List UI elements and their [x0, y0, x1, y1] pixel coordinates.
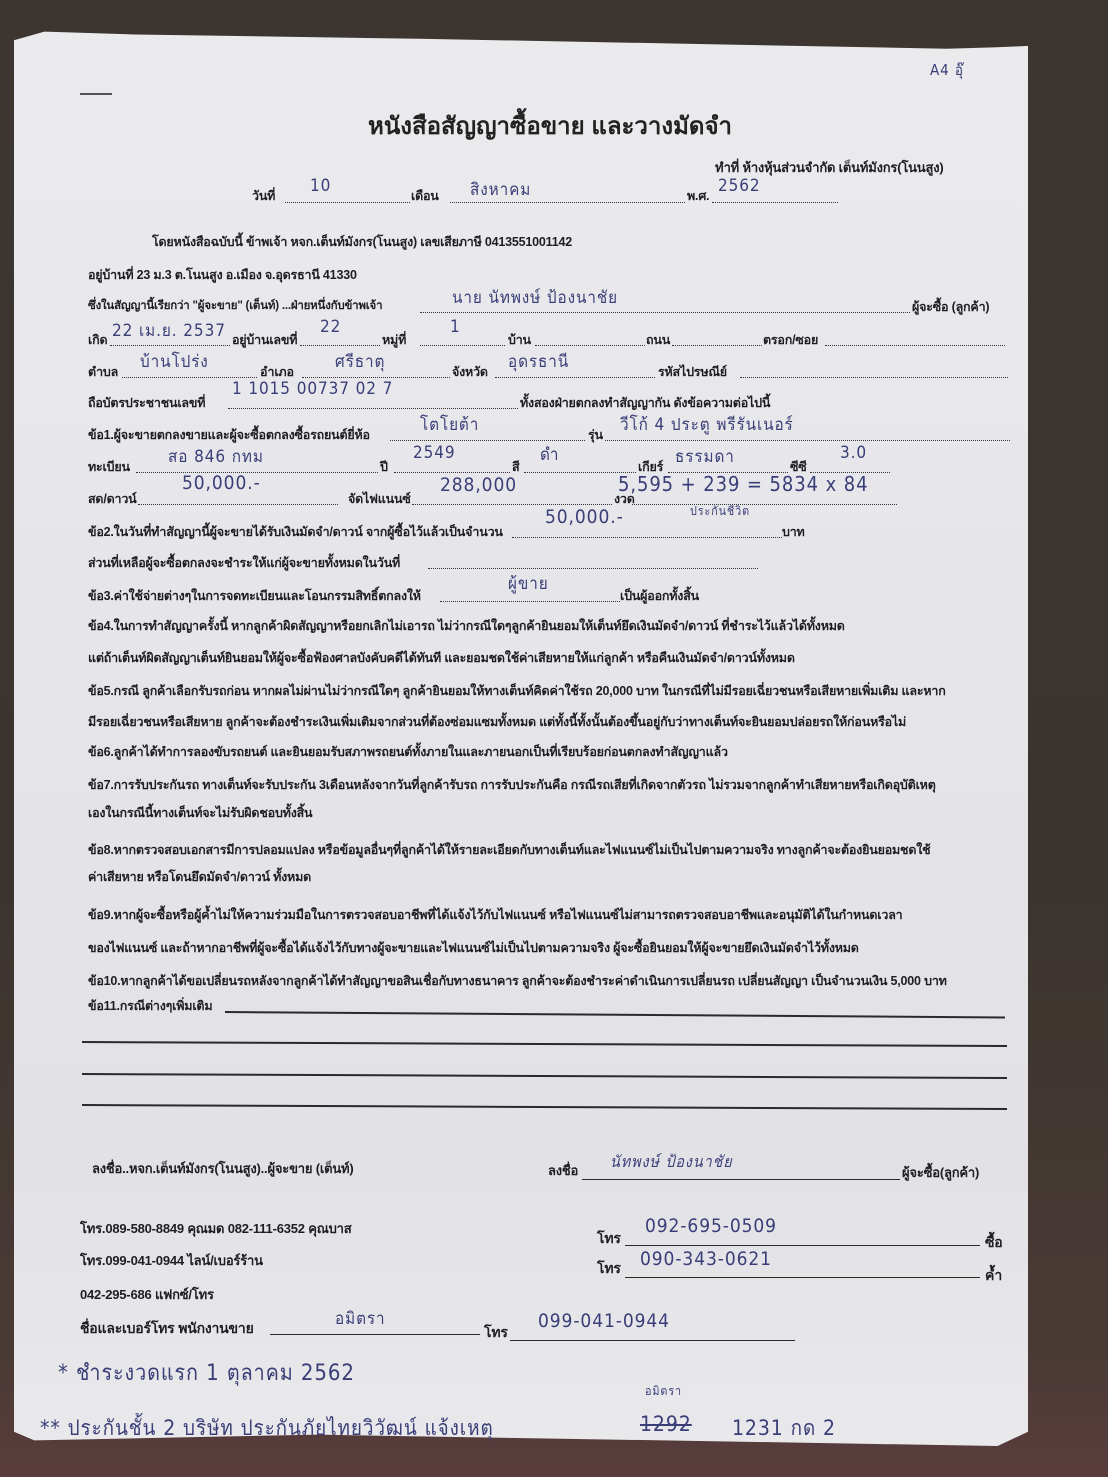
year-label-car: ปี	[380, 457, 388, 477]
village-label: บ้าน	[508, 330, 531, 350]
reg-label: ทะเบียน	[88, 457, 130, 477]
id-label: ถือบัตรประชาชนเลขที่	[88, 393, 205, 413]
gear-value: ธรรมดา	[675, 443, 735, 470]
down-label: สด/ดาวน์	[88, 489, 137, 509]
first-payment-note: * ชำระงวดแรก 1 ตุลาคม 2562	[58, 1355, 355, 1390]
buyer-sign-role: ผู้จะซื้อ(ลูกค้า)	[902, 1162, 979, 1183]
car-model: วีโก้ 4 ประตู พรีรันเนอร์	[620, 411, 794, 438]
deposit-amount: 50,000.-	[545, 506, 624, 528]
buyer-name: นาย นัทพงษ์ ป้องนาชัย	[452, 284, 618, 311]
fee-payer: ผู้ขาย	[508, 570, 549, 597]
id-value: 1 1015 00737 02 7	[232, 379, 393, 399]
sales-phone: 099-041-0944	[538, 1310, 670, 1332]
year-value: 2562	[718, 176, 761, 196]
baht-unit: บาท	[782, 522, 805, 542]
buyer-phone-suffix: ซื้อ	[985, 1232, 1003, 1254]
sales-name: อมิตรา	[335, 1305, 386, 1332]
clause6: ข้อ6.ลูกค้าได้ทำการลองขับรถยนต์ และยินยอ…	[88, 742, 728, 762]
made-at: ทำที่ ห้างหุ้นส่วนจำกัด เต็นท์มังกร(โนนส…	[715, 157, 944, 178]
guarantor-phone: 090-343-0621	[640, 1248, 772, 1270]
province-label: จังหวัด	[452, 362, 488, 382]
down-value: 50,000.-	[182, 472, 261, 494]
car-year: 2549	[413, 443, 456, 463]
remaining-text: ส่วนที่เหลือผู้จะซื้อตกลงจะชำระให้แก่ผู้…	[88, 553, 400, 573]
guarantor-phone-label: โทร	[597, 1258, 621, 1280]
born-value: 22 เม.ย. 2537	[112, 317, 226, 344]
car-brand: โตโยต้า	[420, 411, 479, 438]
life-insurance-note: ประกันชีวิต	[690, 502, 750, 521]
clause11-label: ข้อ11.กรณีต่างๆเพิ่มเติม	[88, 996, 212, 1016]
reg-value: สอ 846 กทม	[168, 443, 264, 470]
road-label: ถนน	[646, 330, 670, 350]
buyer-phone: 092-695-0509	[645, 1215, 777, 1237]
insurance-hotline: 1231 กด 2	[732, 1412, 836, 1445]
amphoe-value: ศรีธาตุ	[335, 348, 385, 375]
insurance-note-annotation: อมิตรา	[645, 1382, 682, 1401]
clause9-line1: ข้อ9.หากผู้จะซื้อหรือผู้ค้ำไม่ให้ความร่ว…	[88, 905, 902, 925]
contact-line-1: โทร.089-580-8849 คุณมด 082-111-6352 คุณบ…	[80, 1218, 351, 1239]
cc-value: 3.0	[840, 443, 867, 463]
corner-note: A4 อุ๊	[930, 58, 964, 82]
day-label: วันที่	[252, 186, 275, 206]
car-color: ดำ	[540, 441, 559, 468]
staple-mark	[80, 93, 112, 95]
sales-phone-label: โทร	[484, 1322, 508, 1344]
buyer-sign-label: ลงชื่อ	[548, 1160, 578, 1181]
clause8-line1: ข้อ8.หากตรวจสอบเอกสารมีการปลอมแปลง หรือข…	[88, 840, 930, 860]
moo-label: หมู่ที่	[382, 330, 406, 350]
clause8-line2: ค่าเสียหาย หรือโดนยึดมัดจำ/ดาวน์ ทั้งหมด	[88, 867, 311, 887]
day-value: 10	[310, 176, 331, 196]
id-suffix: ทั้งสองฝ่ายตกลงทำสัญญากัน ดังข้อความต่อไ…	[520, 393, 770, 413]
clause7-line2: เองในกรณีนี้ทางเต็นท์จะไม่รับผิดชอบทั้งส…	[88, 803, 312, 823]
moo-value: 1	[450, 317, 461, 337]
struck-number: 1292	[640, 1412, 692, 1436]
document-title: หนังสือสัญญาซื้อขาย และวางมัดจำ	[368, 106, 732, 145]
buyer-signature: นัทพงษ์ ป้องนาชัย	[610, 1150, 733, 1175]
postal-label: รหัสไปรษณีย์	[658, 362, 727, 382]
guarantor-phone-suffix: ค้ำ	[985, 1265, 1002, 1287]
clause5-line1: ข้อ5.กรณี ลูกค้าเลือกรับรถก่อน หากผลไม่ผ…	[88, 681, 946, 701]
buyer-phone-label: โทร	[597, 1228, 621, 1250]
contact-line-3: 042-295-686 แฟกซ์/โทร	[80, 1284, 214, 1305]
finance-label: จัดไฟแนนซ์	[348, 489, 411, 509]
finance-value: 288,000	[440, 474, 517, 496]
installment-value: 5,595 + 239 = 5834 x 84	[618, 472, 868, 496]
house-label: อยู่บ้านเลขที่	[232, 330, 297, 350]
seller-signature: ลงชื่อ..หจก.เต็นท์มังกร(โนนสูง)..ผู้จะขา…	[92, 1158, 354, 1179]
soi-label: ตรอก/ซอย	[763, 330, 818, 350]
clause2-text: ข้อ2.ในวันที่ทำสัญญานี้ผู้จะขายได้รับเงิ…	[88, 522, 503, 542]
clause3-suffix: เป็นผู้ออกทั้งสิ้น	[620, 586, 699, 606]
clause4-line1: ข้อ4.ในการทำสัญญาครั้งนี้ หากลูกค้าผิดสั…	[88, 616, 845, 636]
year-label: พ.ศ.	[687, 186, 709, 206]
province-value: อุดรธานี	[508, 348, 569, 375]
clause3-text: ข้อ3.ค่าใช้จ่ายต่างๆในการจดทะเบียนและโอน…	[88, 586, 421, 606]
house-value: 22	[320, 317, 341, 337]
tambon-value: บ้านโปร่ง	[140, 348, 209, 375]
buyer-role: ผู้จะซื้อ (ลูกค้า)	[912, 297, 989, 317]
seller-line-prefix: ซึ่งในสัญญานี้เรียกว่า "ผู้จะขาย" (เต็นท…	[88, 297, 382, 315]
insurance-note: ** ประกันชั้น 2 บริษัท ประกันภัยไทยวิวัฒ…	[40, 1412, 494, 1445]
clause5-line2: มีรอยเฉี่ยวชนหรือเสียหาย ลูกค้าจะต้องชำร…	[88, 712, 906, 732]
clause9-line2: ของไฟแนนซ์ และถ้าหากอาชีพที่ผู้จะซื้อได้…	[88, 938, 859, 958]
model-label: รุ่น	[588, 425, 603, 445]
clause7-line1: ข้อ7.การรับประกันรถ ทางเต็นท์จะรับประกัน…	[88, 775, 936, 795]
tambon-label: ตำบล	[88, 362, 118, 382]
clause4-line2: แต่ถ้าเต็นท์ผิดสัญญาเต็นท์ยินยอมให้ผู้จะ…	[88, 648, 795, 668]
born-label: เกิด	[88, 330, 107, 350]
month-value: สิงหาคม	[470, 176, 531, 203]
address-line: อยู่บ้านที่ 23 ม.3 ต.โนนสูง อ.เมือง จ.อุ…	[88, 265, 357, 285]
contact-line-2: โทร.099-041-0944 ไลน์/เบอร์ร้าน	[80, 1250, 263, 1271]
month-label: เดือน	[411, 186, 439, 206]
clause10: ข้อ10.หากลูกค้าได้ขอเปลี่ยนรถหลังจากลูกค…	[88, 971, 947, 991]
clause1-label: ข้อ1.ผู้จะขายตกลงขายและผู้จะซื้อตกลงซื้อ…	[88, 425, 370, 445]
sales-label: ชื่อและเบอร์โทร พนักงานขาย	[80, 1318, 254, 1340]
intro-line: โดยหนังสือฉบับนี้ ข้าพเจ้า หจก.เต็นท์มัง…	[152, 232, 572, 252]
